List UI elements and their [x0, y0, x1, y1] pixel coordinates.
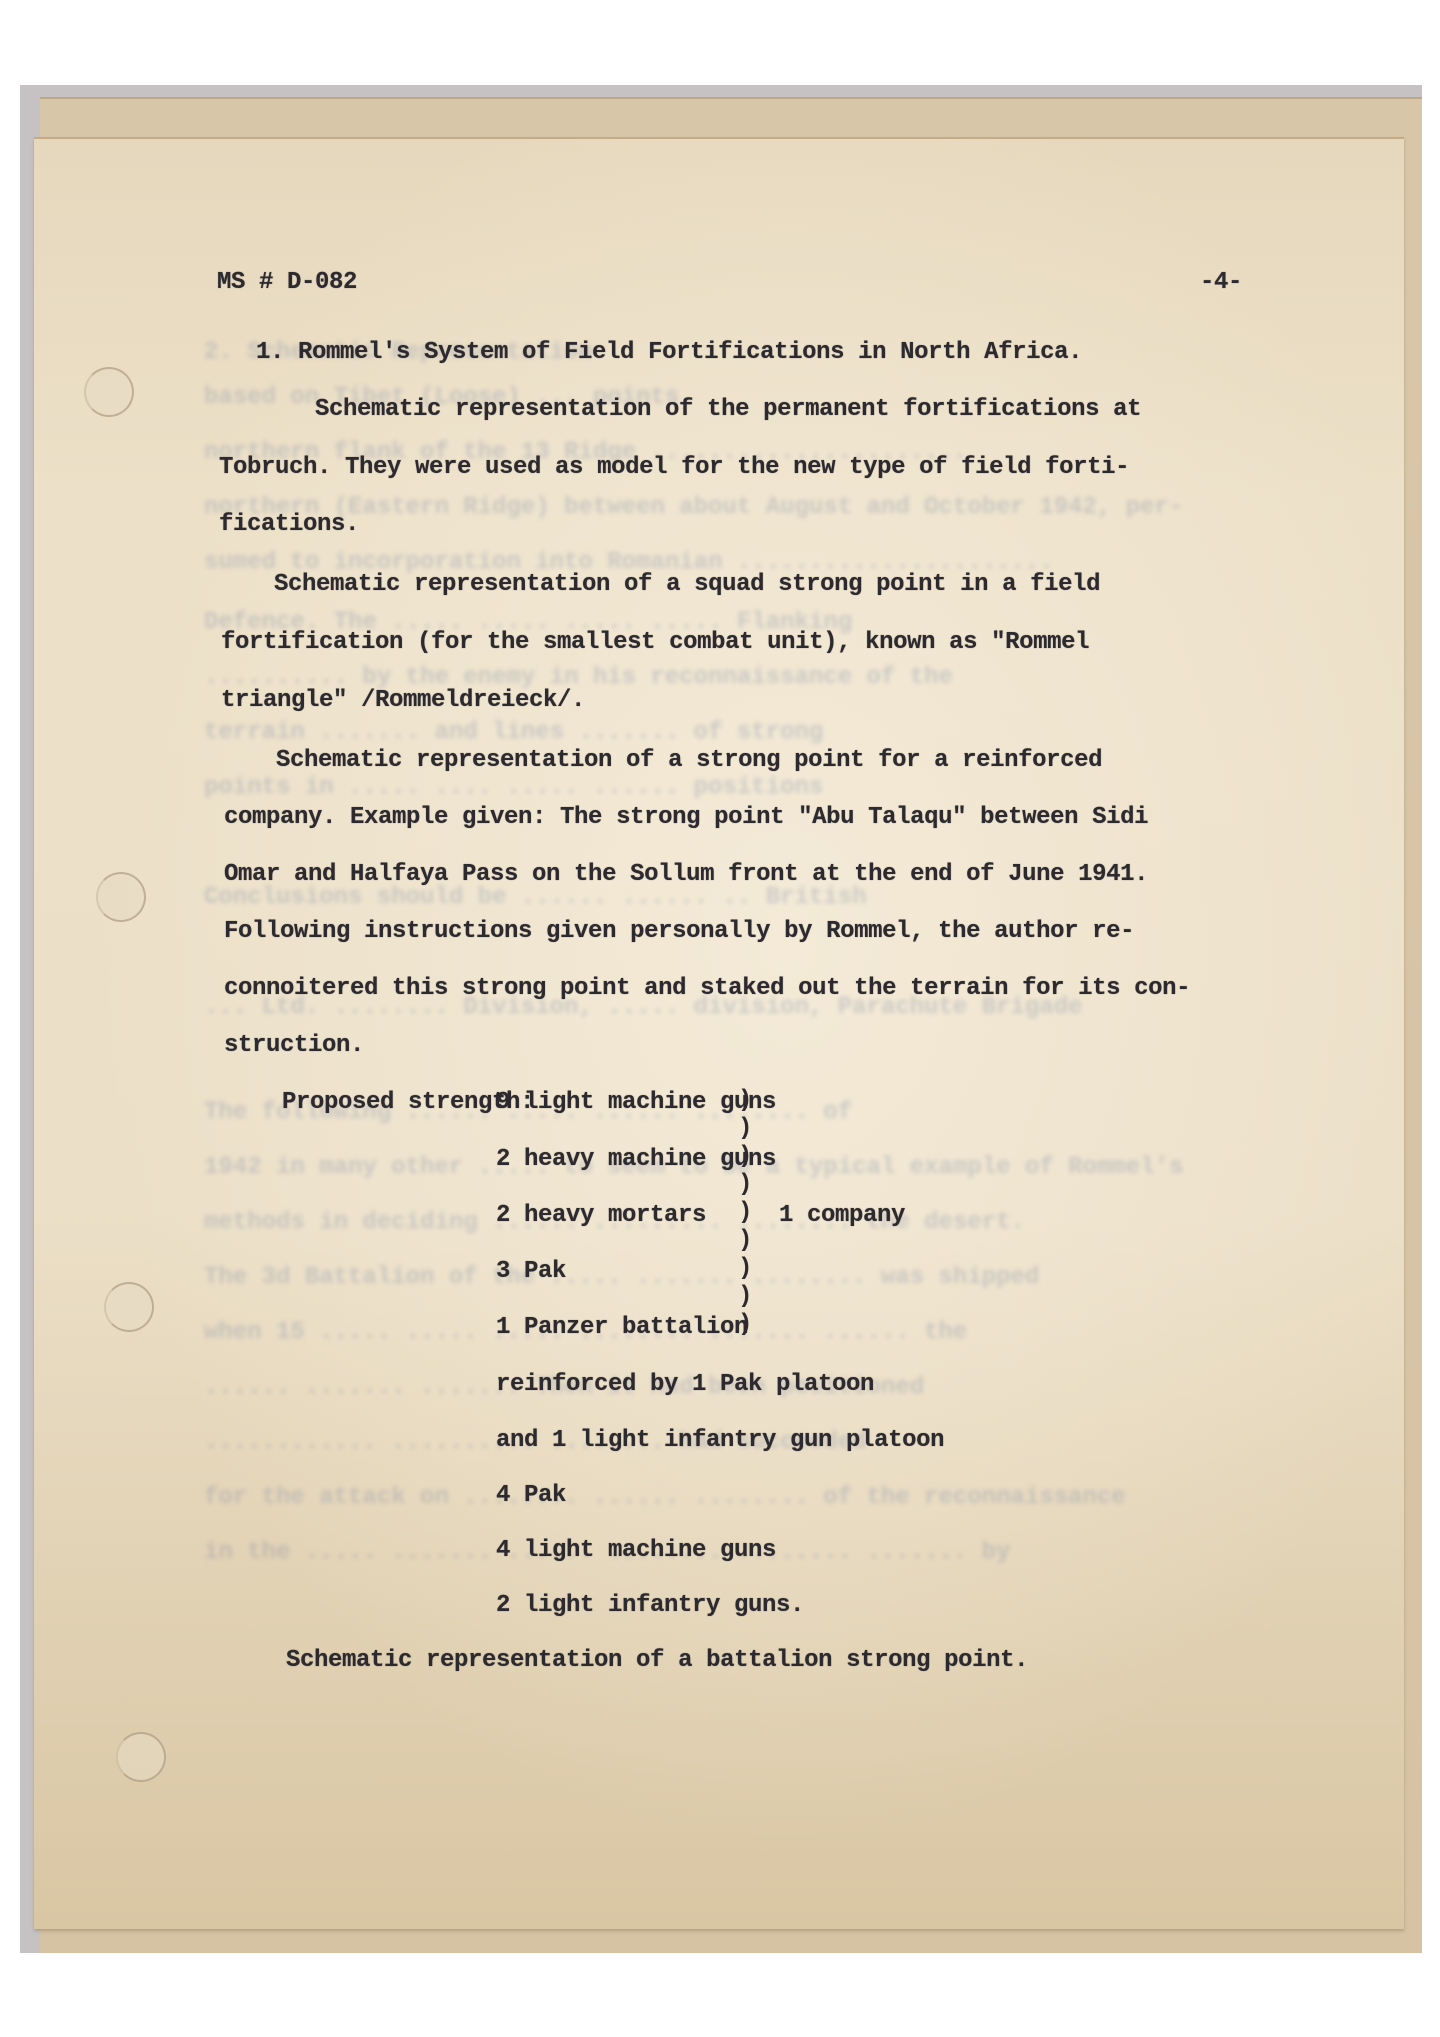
paragraph-line: struction.	[224, 1032, 364, 1059]
strength-item: 2 heavy machine guns	[496, 1146, 776, 1173]
paragraph-line: Schematic representation of a squad stro…	[274, 571, 1100, 598]
punch-hole	[96, 872, 146, 922]
bleed-through: terrain ....... and lines ....... of str…	[204, 719, 823, 746]
bleed-through: Conclusions should be ...... ...... .. B…	[204, 884, 867, 911]
manuscript-number: MS # D-082	[217, 269, 357, 296]
paragraph-line: Following instructions given personally …	[224, 918, 1134, 945]
closing-line: Schematic representation of a battalion …	[286, 1647, 1028, 1674]
punch-hole	[84, 367, 134, 417]
paragraph-line: Omar and Halfaya Pass on the Sollum fron…	[224, 861, 1148, 888]
group-label: 1 company	[779, 1202, 905, 1229]
page-number: -4-	[1200, 269, 1242, 296]
reinforcement-line: 4 Pak	[496, 1482, 566, 1509]
section-title: 1. Rommel's System of Field Fortificatio…	[256, 339, 1082, 366]
reinforcement-line: 4 light machine guns	[496, 1537, 776, 1564]
punch-hole	[116, 1732, 166, 1782]
strength-item: 2 heavy mortars	[496, 1202, 706, 1229]
reinforcement-line: and 1 light infantry gun platoon	[496, 1427, 944, 1454]
bleed-through: points in ..... .... ..... ...... positi…	[204, 774, 823, 801]
grouping-brace: )))))))))	[738, 1087, 752, 1339]
bleed-through: The 3d Battalion of the ..... ....... ..…	[204, 1264, 1039, 1291]
paragraph-line: fortification (for the smallest combat u…	[221, 629, 1089, 656]
document-photo: 2. Schematic Representation based on Tib…	[20, 85, 1422, 1953]
paragraph-line: triangle" /Rommeldreieck/.	[221, 687, 585, 714]
paragraph-line: Tobruch. They were used as model for the…	[219, 454, 1129, 481]
paragraph-line: connoitered this strong point and staked…	[224, 975, 1190, 1002]
strength-item: 1 Panzer battalion	[496, 1314, 748, 1341]
paragraph-line: Schematic representation of a strong poi…	[276, 747, 1102, 774]
paragraph-line: fications.	[219, 511, 359, 538]
typed-page: 2. Schematic Representation based on Tib…	[34, 137, 1404, 1929]
reinforcement-line: 2 light infantry guns.	[496, 1592, 804, 1619]
punch-hole	[104, 1282, 154, 1332]
paragraph-line: Schematic representation of the permanen…	[315, 396, 1141, 423]
strength-item: 9 light machine guns	[496, 1089, 776, 1116]
reinforcement-line: reinforced by 1 Pak platoon	[496, 1371, 874, 1398]
paragraph-line: company. Example given: The strong point…	[224, 804, 1148, 831]
strength-item: 3 Pak	[496, 1258, 566, 1285]
bleed-through: for the attack on ........ ...... ......…	[204, 1484, 1126, 1511]
